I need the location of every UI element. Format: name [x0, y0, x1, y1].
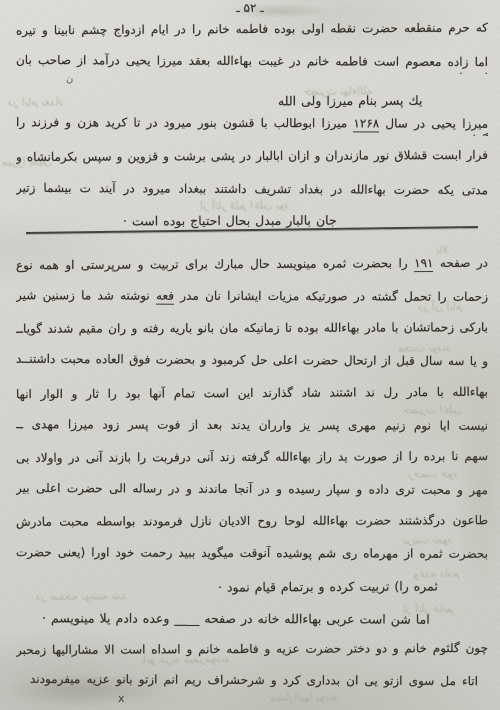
- bleedthrough-text: وعده دادم: [413, 567, 498, 581]
- scanned-page: ـ ۵۲ ـ كه حرم منقطعه حضرت نقطه اولی بوده…: [0, 0, 500, 710]
- bleedthrough-text: حضرت بهاءالله: [304, 83, 494, 98]
- line-segment: وعده دادم یلا مینویسم ·: [42, 610, 174, 625]
- text-line: در صفحه ۱۹۱ را بحضرت ثمره مینویسد حال مب…: [16, 256, 488, 277]
- bleedthrough-text: در ایام بغداد: [8, 94, 158, 109]
- fill-in-blank: ____: [175, 611, 200, 626]
- bleedthrough-text: یالا: [436, 243, 496, 257]
- text-line: میرزا یحیی در سال ۱۲۶۸ میرزا ابوطالب با …: [16, 115, 488, 136]
- line-segment: میرزا یحیی در سال: [379, 116, 488, 130]
- bleedthrough-text: تربیت نمود: [403, 533, 498, 547]
- bleedthrough-text: از آثار خانم: [403, 602, 498, 616]
- bleedthrough-text: مشارالیها بودند: [270, 689, 440, 704]
- text-line: اما زاده معصوم است فاطمه خانم در غیبت به…: [16, 53, 488, 74]
- line-segment: را بحضرت ثمره مینویسد حال مبارك برای ترب…: [16, 256, 414, 272]
- page-number: ـ ۵۲ ـ: [0, 1, 500, 15]
- text-line: طاعون درگذشتند حضرت بهاءالله لوحا روح ال…: [16, 513, 488, 534]
- footnote-marker: x: [118, 692, 125, 705]
- text-line: مهر و محبت تری داده و سپار رسیده و در آن…: [16, 481, 488, 502]
- bleedthrough-text: میرزا یحیی: [2, 154, 102, 168]
- bleedthrough-text: محبت بودند: [398, 340, 498, 354]
- text-line: و یا سه سال قبل از ارتحال حضرت اعلی حل ك…: [16, 352, 488, 373]
- line-segment: در صفحه: [433, 256, 488, 270]
- bleedthrough-text: در صفحه نوشته شد: [36, 588, 246, 603]
- underlined-year: ۱۲۶۸: [353, 116, 379, 132]
- bleedthrough-text: رحمت خود: [408, 467, 498, 481]
- text-line: نیست ایا نوم زنیم مهری پسر یز وارران یدن…: [16, 417, 488, 438]
- underlined-word: فعه: [156, 289, 174, 305]
- text-line: ثمره را) تربیت كرده و برتمام قیام نمود ·: [218, 578, 438, 598]
- underlined-page-ref: ۱۹۱: [414, 256, 433, 272]
- text-line: باركی زحماتشان با مادر بهاءالله بوده تا …: [16, 320, 488, 341]
- ink-smudge: ن: [66, 74, 73, 85]
- line-segment: نوشته شد ما زسنین شیر: [16, 288, 156, 302]
- line-segment: اما شن است عربی بهاءالله خانه در صفحه: [200, 611, 430, 627]
- text-line: اما شن است عربی بهاءالله خانه در صفحه __…: [42, 610, 430, 630]
- bleedthrough-text: در آن ایام: [418, 300, 498, 314]
- bleedthrough-text: از آثار قلم اعلی بود: [200, 197, 460, 213]
- bleedthrough-text: حضرت اعلی: [403, 403, 498, 417]
- bleedthrough-text: بانو عزیه میفرمودند: [140, 651, 330, 666]
- text-line: بحضرت ثمره از مهرماه ری شم پوشیده آنوقت …: [16, 545, 488, 566]
- text-line: كه حرم منقطعه حضرت نقطه اولی بوده فاطمه …: [16, 21, 488, 43]
